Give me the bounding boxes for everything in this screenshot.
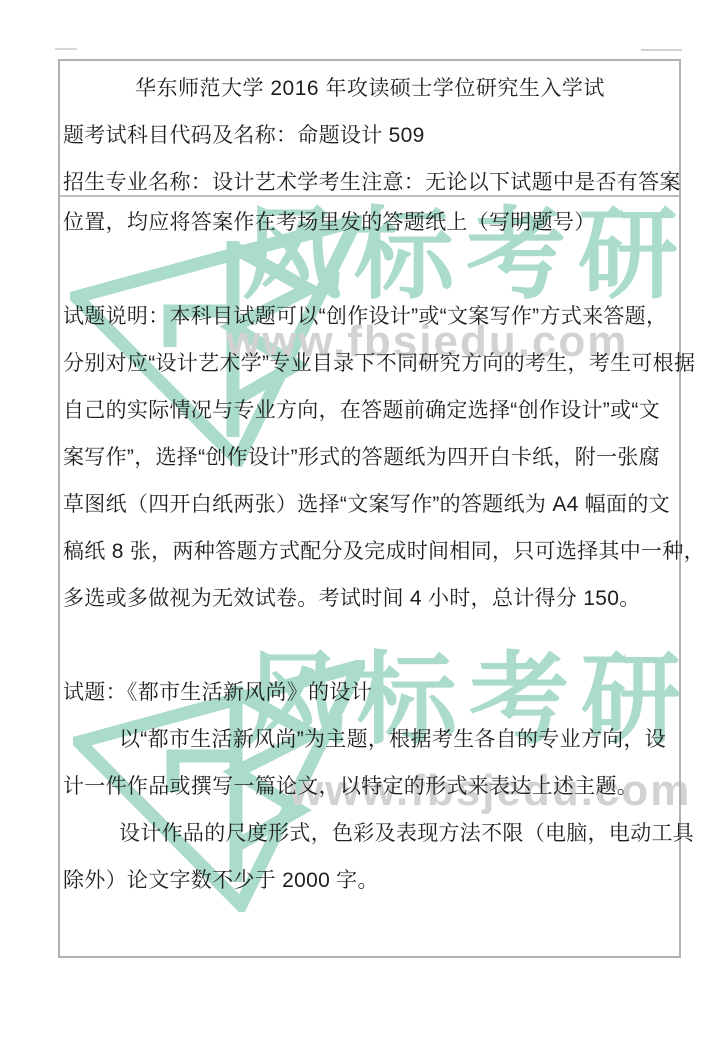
scan-artifact-mark-left [55,48,77,50]
exam-title: 华东师范大学 2016 年攻读硕士学位研究生入学试 [63,65,677,112]
instructions-line: 分别对应“设计艺术学”专业目录下不同研究方向的考生，考生可根据 [63,340,677,387]
question-title-line: 试题：《都市生活新风尚》的设计 [63,669,677,716]
notice-continuation-line: 位置，均应将答案作在考场里发的答题纸上（写明题号） [63,199,677,246]
exam-body-row: 位置，均应将答案作在考场里发的答题纸上（写明题号） 试题说明：本科目试题可以“创… [60,197,679,904]
question-body-line: 设计作品的尺度形式，色彩及表现方法不限（电脑，电动工具 [63,810,677,857]
question-body-line: 计一件作品或撰写一篇论文，以特定的形式来表达上述主题。 [63,763,677,810]
blank-line [63,622,677,669]
scan-artifact-mark-right [641,49,682,51]
instructions-line: 自己的实际情况与专业方向，在答题前确定选择“创作设计”或“文 [63,387,677,434]
exam-header-row: 华东师范大学 2016 年攻读硕士学位研究生入学试 题考试科目代码及名称：命题设… [60,61,679,197]
instructions-line: 稿纸 8 张，两种答题方式配分及完成时间相同，只可选择其中一种， [63,528,677,575]
instructions-line: 多选或多做视为无效试卷。考试时间 4 小时，总计得分 150。 [63,575,677,622]
instructions-line: 案写作”，选择“创作设计”形式的答题纸为四开白卡纸，附一张腐 [63,434,677,481]
document-page: 风标考研 www.fbsjedu.com 风标考研 www.fbsjedu.co… [0,0,726,1045]
question-body-line: 除外）论文字数不少于 2000 字。 [63,857,677,904]
blank-line [63,246,677,293]
subject-code-line: 题考试科目代码及名称：命题设计 509 [63,112,677,159]
question-body-line: 以“都市生活新风尚”为主题，根据考生各自的专业方向，设 [63,716,677,763]
exam-paper-table: 华东师范大学 2016 年攻读硕士学位研究生入学试 题考试科目代码及名称：命题设… [58,59,681,958]
instructions-line: 试题说明：本科目试题可以“创作设计”或“文案写作”方式来答题， [63,293,677,340]
instructions-line: 草图纸（四开白纸两张）选择“文案写作”的答题纸为 A4 幅面的文 [63,481,677,528]
